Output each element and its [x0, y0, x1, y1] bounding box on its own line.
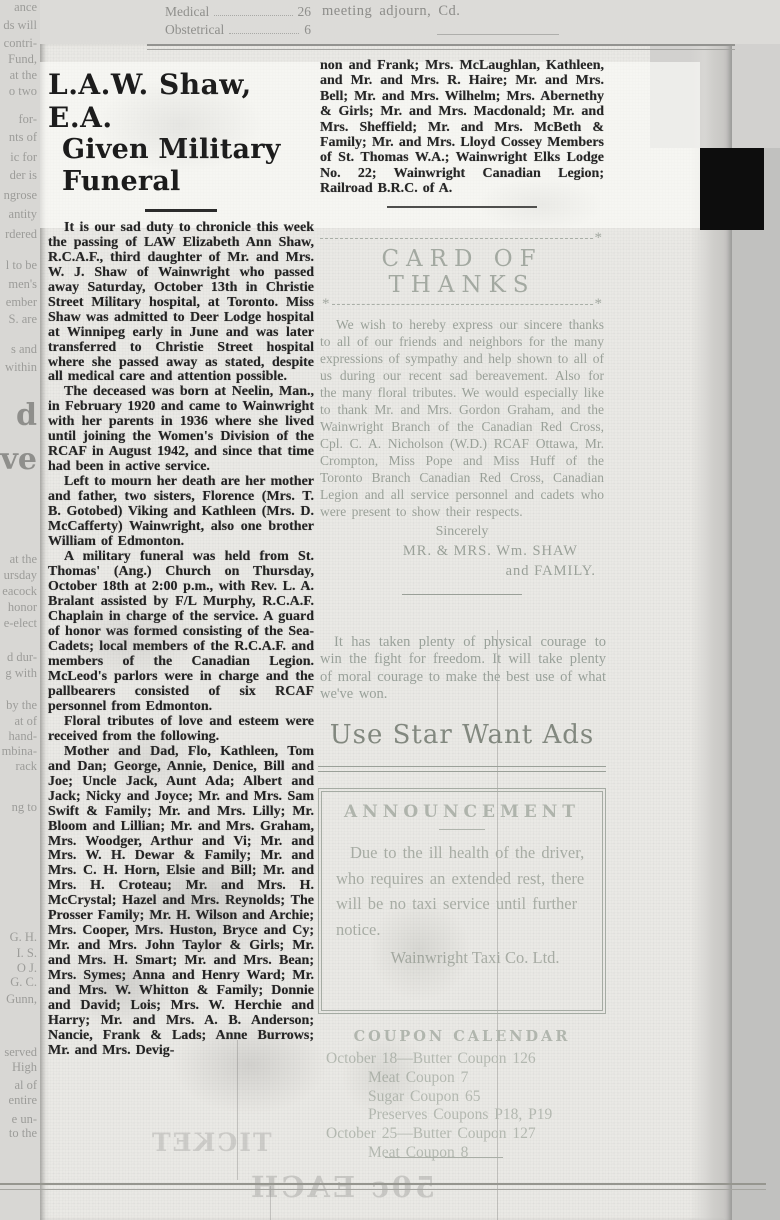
dashed-rule — [320, 238, 593, 239]
coupon-line: Meat Coupon 8 — [326, 1144, 606, 1163]
card-of-thanks: * CARD OF THANKS * * We wish to hereby e… — [320, 234, 604, 595]
headline-line1: L.A.W. Shaw, E.A. — [48, 68, 314, 134]
gutter-fragment: ance — [14, 0, 37, 15]
ledger-label: Medical — [165, 4, 209, 20]
announcement-rule — [439, 829, 485, 830]
scan-black-box — [700, 148, 764, 230]
gutter-fragment: I. S. — [17, 946, 38, 961]
gutter-fragment: contri- — [4, 36, 37, 51]
gutter-fragment: der is — [10, 168, 37, 183]
card-of-thanks-signature: MR. & MRS. Wm. SHAW — [320, 543, 604, 560]
gutter-fragment: served — [4, 1045, 37, 1060]
card-of-thanks-title: CARD OF THANKS — [320, 246, 604, 298]
gutter-fragment: for- — [19, 112, 38, 127]
ledger-value: 26 — [298, 4, 312, 20]
gutter-fragment: d — [16, 398, 37, 433]
paper-crease — [237, 1040, 238, 1180]
gutter-fragment: al of — [14, 1078, 37, 1093]
gutter-fragment: High — [12, 1060, 37, 1075]
gutter-fragment: O J. — [17, 961, 37, 976]
article-paragraph: Mother and Dad, Flo, Kathleen, Tom and D… — [48, 745, 314, 1059]
gutter-fragment: entire — [9, 1093, 37, 1108]
gutter-fragment: ic for — [10, 150, 37, 165]
gutter-fragment: Eve — [0, 442, 37, 477]
announcement-body: Due to the ill health of the driver, who… — [336, 840, 588, 942]
gutter-fragment: s and — [11, 342, 37, 357]
ledger-row: Medical 26 — [165, 2, 311, 20]
article-column-left: L.A.W. Shaw, E.A. Given Military Funeral… — [48, 58, 314, 1059]
coupon-line: October 18—Butter Coupon 126 — [326, 1050, 606, 1069]
section-rule — [402, 594, 522, 595]
gutter-fragment: at the — [10, 552, 37, 567]
gutter-fragment: d dur- — [7, 650, 37, 665]
gutter-fragment: rack — [15, 759, 37, 774]
want-ads-slogan: Use Star Want Ads — [320, 720, 604, 750]
double-rule — [318, 766, 606, 772]
gutter-fragment: nts of — [9, 130, 37, 145]
article-continuation: non and Frank; Mrs. McLaughlan, Kathleen… — [320, 58, 604, 197]
card-of-thanks-signoff: Sincerely — [320, 524, 604, 540]
gutter-fragment: g with — [5, 666, 37, 681]
newspaper-scan: { "ornament": "*", "top_strip": { "ledge… — [0, 0, 780, 1220]
ghost-bleedthrough-text: TICKET — [150, 1128, 272, 1157]
gutter-fragment: men's — [8, 277, 37, 292]
coupon-calendar-list: October 18—Butter Coupon 126Meat Coupon … — [326, 1050, 606, 1163]
left-column-gutter: anceds willcontri-Fund,at theo twofor-nt… — [0, 0, 40, 1220]
gutter-fragment: by the — [6, 698, 37, 713]
filler-quote: It has taken plenty of physical courage … — [320, 634, 606, 704]
coupon-calendar-title: COUPON CALENDAR — [320, 1028, 604, 1045]
gutter-fragment: at the — [10, 68, 37, 83]
gutter-fragment: S. are — [9, 312, 37, 327]
gutter-fragment: eacock — [2, 584, 37, 599]
gutter-fragment: to the — [9, 1126, 37, 1141]
dotted-leader — [229, 33, 299, 34]
ledger-row: Obstetrical 6 — [165, 20, 311, 38]
coupon-end-rule — [385, 1157, 503, 1158]
gutter-fragment: G. C. — [10, 975, 37, 990]
article-paragraph: Floral tributes of love and esteem were … — [48, 715, 314, 745]
card-of-thanks-body: We wish to hereby express our sincere th… — [320, 316, 604, 520]
coupon-line: October 25—Butter Coupon 127 — [326, 1125, 606, 1144]
filler-quote-text: It has taken plenty of physical courage … — [320, 634, 606, 704]
article-paragraph: A military funeral was held from St. Tho… — [48, 550, 314, 715]
gutter-fragment: ngrose — [4, 188, 37, 203]
short-rule — [437, 34, 559, 35]
gutter-fragment: G. H. — [10, 930, 37, 945]
gutter-fragment: e-elect — [4, 616, 37, 631]
gutter-fragment: rdered — [5, 227, 37, 242]
gutter-fragment: ursday — [4, 568, 37, 583]
announcement-title: ANNOUNCEMENT — [336, 802, 588, 822]
gutter-fragment: ember — [6, 295, 37, 310]
gutter-fragment: e un- — [12, 1112, 37, 1127]
article-paragraph: Left to mourn her death are her mother a… — [48, 475, 314, 550]
ornament-rule-bottom: * * — [320, 300, 604, 308]
gutter-fragment: hand- — [9, 729, 37, 744]
dotted-leader — [214, 15, 292, 16]
gutter-fragment: ng to — [12, 800, 37, 815]
gutter-fragment: at of — [14, 714, 37, 729]
coupon-line: Preserves Coupons P18, P19 — [326, 1106, 606, 1125]
headline-line2: Given Military Funeral — [48, 134, 314, 198]
coupon-line: Sugar Coupon 65 — [326, 1088, 606, 1107]
gutter-fragment: within — [5, 360, 37, 375]
top-double-rule — [147, 44, 735, 50]
card-of-thanks-signature: and FAMILY. — [320, 563, 604, 580]
dashed-rule — [332, 304, 593, 305]
gutter-fragment: Fund, — [8, 52, 37, 67]
gutter-fragment: honor — [8, 600, 37, 615]
headline-rule — [145, 209, 217, 212]
gutter-fragment: ds will — [3, 18, 37, 33]
announcement-box: ANNOUNCEMENT Due to the ill health of th… — [318, 788, 606, 1014]
ledger-label: Obstetrical — [165, 22, 224, 38]
report-ledger: Medical 26 Obstetrical 6 — [165, 2, 311, 38]
gutter-fragment: l to be — [6, 258, 37, 273]
article-paragraph: It is our sad duty to chronicle this wee… — [48, 221, 314, 386]
adjourn-note: meeting adjourn, Cd. — [322, 3, 460, 20]
gutter-fragment: Gunn, — [6, 992, 37, 1007]
gutter-fragment: antity — [9, 207, 37, 222]
announcement-signature: Wainwright Taxi Co. Ltd. — [336, 948, 588, 968]
ornament-rule-top: * — [320, 234, 604, 242]
coupon-line: Meat Coupon 7 — [326, 1069, 606, 1088]
article-column-right: non and Frank; Mrs. McLaughlan, Kathleen… — [320, 58, 604, 208]
ledger-value: 6 — [304, 22, 311, 38]
article-paragraph: The deceased was born at Neelin, Man., i… — [48, 385, 314, 475]
article-headline: L.A.W. Shaw, E.A. Given Military Funeral — [48, 68, 314, 198]
gutter-fragment: mbina- — [2, 744, 37, 759]
article-end-rule — [387, 206, 537, 208]
gutter-fragment: o two — [9, 84, 37, 99]
bottom-double-rule — [0, 1183, 766, 1190]
